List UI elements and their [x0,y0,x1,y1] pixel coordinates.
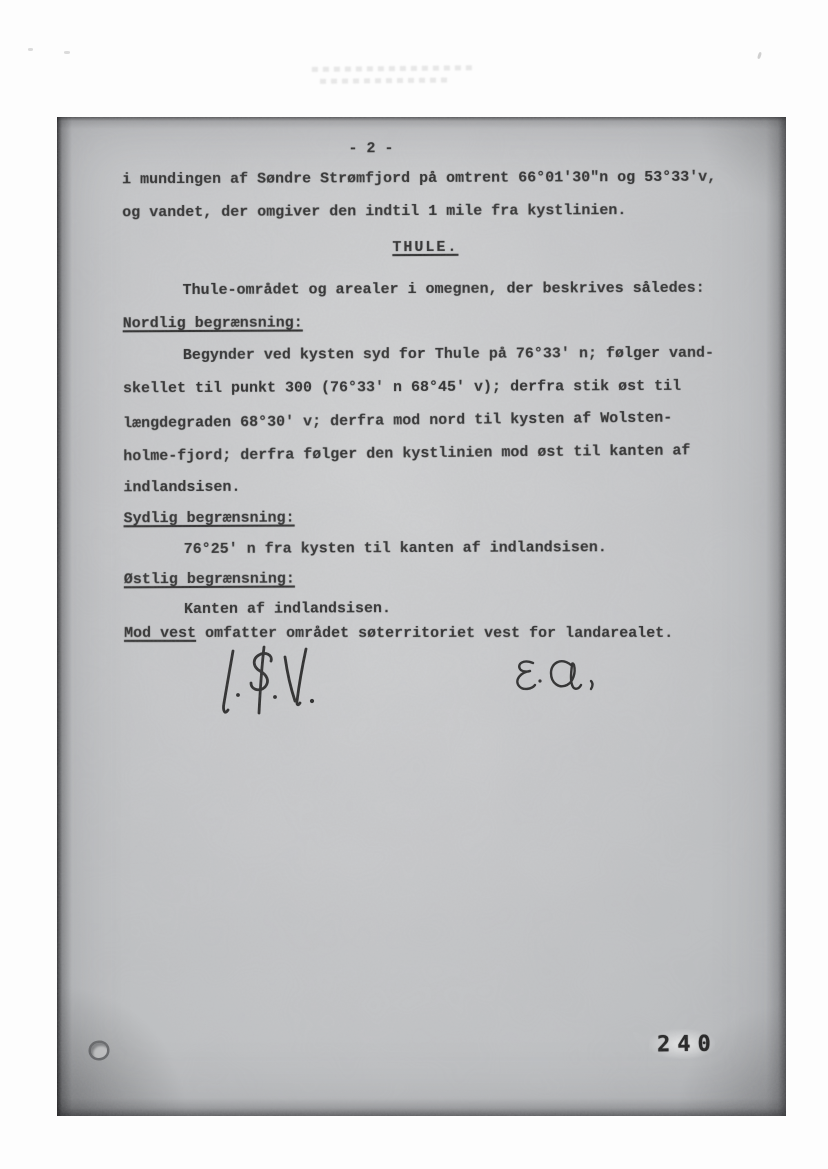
paper-blemish [91,1043,107,1058]
signature-stroke [551,661,581,688]
south-boundary-line: 76°25' n fra kysten til kanten af indlan… [124,537,824,560]
intro-line: i mundingen af Søndre Strømfjord på omtr… [122,168,762,191]
north-boundary-line: Begynder ved kysten syd for Thule på 76°… [123,343,823,366]
signature-stroke [259,647,264,713]
north-boundary-line: skellet til punkt 300 (76°33' n 68°45' v… [123,377,763,400]
scan-speck [757,52,762,60]
scanned-document-view: - 2 - i mundingen af Søndre Strømfjord p… [0,0,828,1169]
smudge-row [320,78,448,84]
signature-stroke [517,662,535,689]
scan-speck [28,48,33,51]
document-page: - 2 - i mundingen af Søndre Strømfjord p… [57,117,786,1116]
opening-line: Thule-området og arealer i omegnen, der … [123,278,823,301]
signature-stroke [591,681,593,689]
intro-line: og vandet, der omgiver den indtil 1 mile… [122,201,762,224]
signature-stroke [224,651,233,712]
smudge-row [312,65,472,72]
north-boundary-heading-text: Nordlig begrænsning: [123,315,303,333]
north-boundary-line: holme-fjord; derfra følger den kystlinie… [123,441,763,468]
signature-dot [538,679,541,682]
signature-stroke [297,649,306,705]
east-boundary-heading: Østlig begrænsning: [124,568,764,591]
north-boundary-line: indlandsisen. [123,476,763,499]
scan-speck [64,51,70,54]
west-boundary-lead: Mod vest [124,625,196,642]
archive-page-number-stamp: 240 [657,1032,718,1058]
document-title: THULE. [185,237,665,259]
signature-dot [273,695,277,699]
east-boundary-heading-text: Østlig begrænsning: [124,571,295,589]
south-boundary-heading: Sydlig begrænsning: [124,507,764,530]
south-boundary-heading-text: Sydlig begrænsning: [124,510,295,528]
north-boundary-heading: Nordlig begrænsning: [123,312,763,335]
document-title-text: THULE. [392,239,458,256]
signature-dot [310,699,314,703]
handwritten-signature-left [207,645,322,727]
west-boundary-line: Mod vest omfatter området søterritoriet … [124,624,764,644]
west-boundary-rest: omfatter området søterritoriet vest for … [196,625,673,642]
typewritten-text-layer: - 2 - i mundingen af Søndre Strømfjord p… [55,115,788,1117]
handwritten-signature-right [509,655,604,700]
page-number-marker: - 2 - [91,138,651,160]
signature-dot [236,693,240,697]
north-boundary-line: længdegraden 68°30' v; derfra mod nord t… [123,408,763,435]
signature-stroke [285,657,295,701]
faint-bleedthrough-smudge [312,65,490,93]
east-boundary-line: Kanten af indlandsisen. [124,597,824,620]
